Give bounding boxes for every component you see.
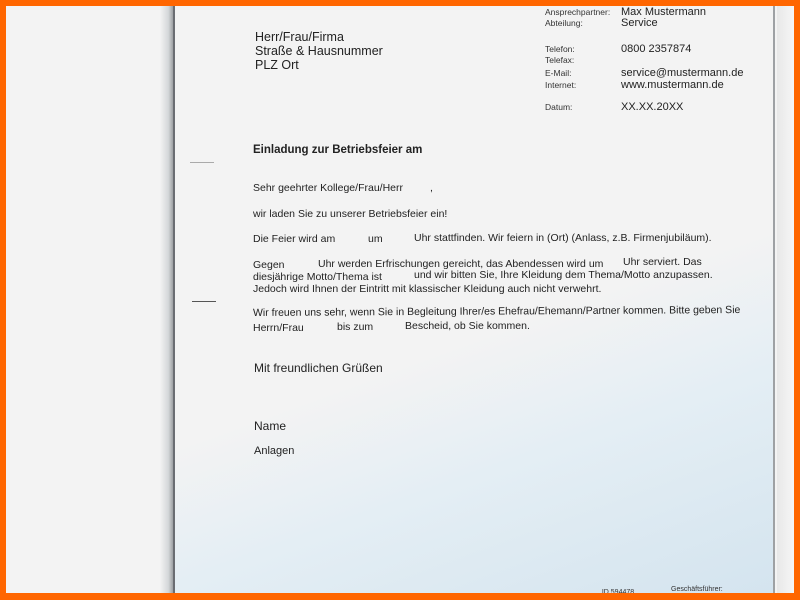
contact-value: Service [621,17,658,29]
frame-bottom-border [0,593,800,600]
recipient-address: Herr/Frau/Firma Straße & Hausnummer PLZ … [255,30,383,72]
p3-line2-b: bis zum [337,321,373,333]
contact-label: Telefax: [545,55,574,65]
signer-name: Name [254,419,286,433]
p2-line2-a: diesjährige Motto/Thema ist [253,271,382,283]
p2-line1-c: Uhr serviert. Das [623,256,702,268]
p1-part-a: Die Feier wird am [253,233,335,245]
p3-line2-a: Herrn/Frau [253,322,304,334]
p2-line3: Jedoch wird Ihnen der Eintritt mit klass… [253,283,601,295]
p1-part-b: um [368,233,383,245]
contact-label: Ansprechpartner: [545,7,610,17]
p1-part-c: Uhr stattfinden. Wir feiern in (Ort) (An… [414,232,712,244]
recipient-line: PLZ Ort [255,58,383,72]
salutation-comma: , [430,182,433,194]
footer-managing-director: Geschäftsführer: [671,586,723,593]
frame-right-border [794,0,800,600]
contact-value: www.mustermann.de [621,79,724,91]
page-shadow-left [160,6,174,594]
attachments-label: Anlagen [254,445,294,457]
contact-value: XX.XX.20XX [621,101,683,113]
page-shadow-right [777,6,794,594]
recipient-line: Straße & Hausnummer [255,44,383,58]
letter-subject: Einladung zur Betriebsfeier am [253,144,422,156]
contact-label: Abteilung: [545,18,583,28]
p3-line2-c: Bescheid, ob Sie kommen. [405,320,530,332]
contact-label: Telefon: [545,44,575,54]
contact-label: Datum: [545,102,572,112]
contact-label: Internet: [545,80,576,90]
contact-value: service@mustermann.de [621,67,743,79]
p2-line2-b: und wir bitten Sie, Ihre Kleidung dem Th… [414,269,713,281]
closing: Mit freundlichen Grüßen [254,361,383,375]
fold-mark-middle [192,301,216,302]
intro-text: wir laden Sie zu unserer Betriebsfeier e… [253,208,447,220]
contact-label: E-Mail: [545,68,571,78]
contact-value: 0800 2357874 [621,43,691,55]
letter-page [173,6,775,594]
recipient-line: Herr/Frau/Firma [255,30,383,44]
frame-left-border [0,0,6,600]
fold-mark-top [190,162,214,163]
p2-line1-a: Gegen [253,259,285,271]
salutation: Sehr geehrter Kollege/Frau/Herr [253,182,403,194]
